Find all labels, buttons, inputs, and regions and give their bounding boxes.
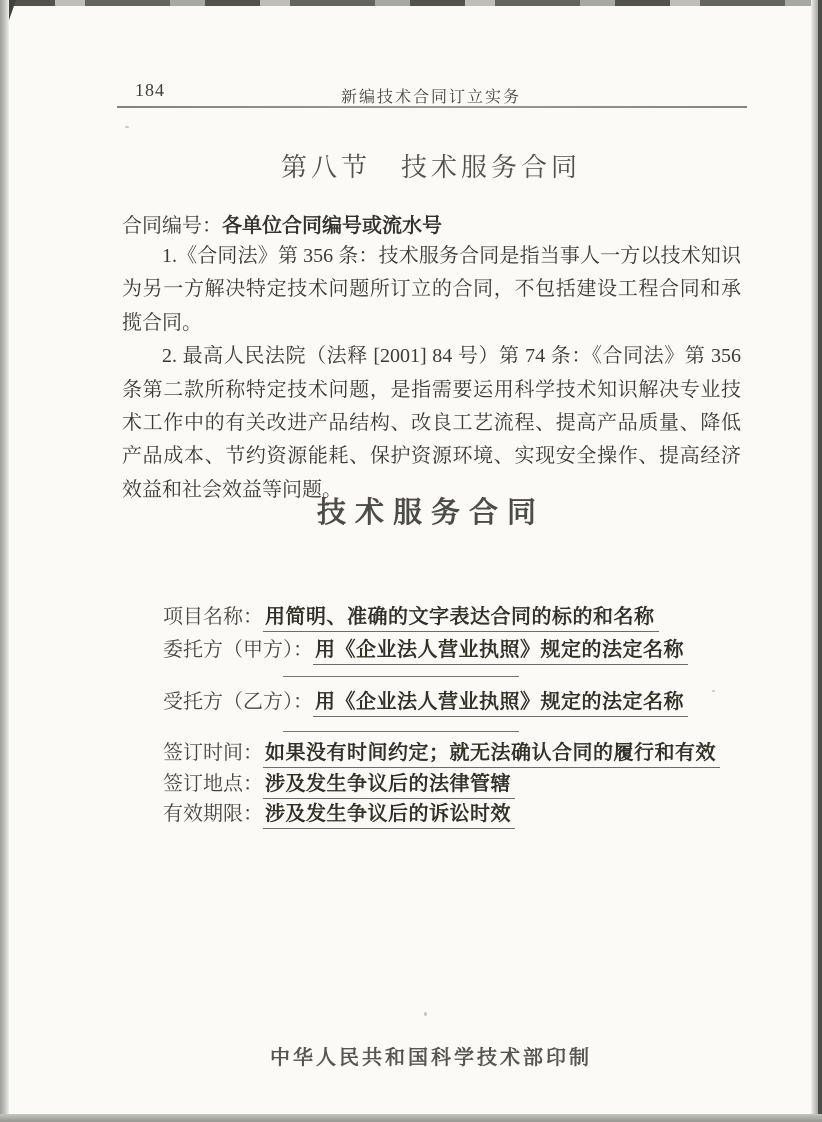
contract-number-value: 各单位合同编号或流水号: [222, 215, 442, 237]
form-row-validity-period: 有效期限：涉及发生争议后的诉讼时效: [163, 797, 515, 826]
scan-edge-right-light: [811, 0, 818, 1122]
scan-edge-top: [0, 0, 822, 6]
blank-continuation-line: [283, 676, 519, 677]
scan-edge-left: [0, 0, 9, 1122]
scan-edge-bottom: [0, 1114, 822, 1122]
field-label: 项目名称：: [163, 606, 263, 628]
field-label: 签订时间：: [163, 742, 263, 764]
commentary-paragraph-1: 1.《合同法》第 356 条：技术服务合同是指当事人一方以技术知识为另一方解决特…: [122, 240, 741, 340]
form-row-client-party-a: 委托方（甲方）：用《企业法人营业执照》规定的法定名称: [163, 633, 688, 662]
commentary-paragraph-2: 2. 最高人民法院（法释 [2001] 84 号）第 74 条：《合同法》第 3…: [122, 340, 741, 507]
field-value: 涉及发生争议后的法律管辖: [263, 773, 515, 799]
contract-number-line: 合同编号：各单位合同编号或流水号: [122, 209, 740, 238]
contract-number-label: 合同编号：: [122, 215, 222, 237]
field-value: 如果没有时间约定；就无法确认合同的履行和有效: [263, 742, 720, 768]
printer-footer: 中华人民共和国科学技术部印制: [122, 1041, 740, 1070]
blank-continuation-line: [283, 731, 519, 732]
field-value: 用《企业法人营业执照》规定的法定名称: [313, 639, 688, 665]
form-row-signing-date: 签订时间：如果没有时间约定；就无法确认合同的履行和有效: [163, 736, 720, 765]
field-label: 签订地点：: [163, 773, 263, 795]
form-row-signing-place: 签订地点：涉及发生争议后的法律管辖: [163, 767, 515, 796]
field-value: 用简明、准确的文字表达合同的标的和名称: [263, 606, 659, 632]
field-label: 有效期限：: [163, 803, 263, 825]
scan-speck: [125, 126, 129, 128]
field-value: 涉及发生争议后的诉讼时效: [263, 803, 515, 829]
scan-edge-right-dark: [818, 0, 822, 1122]
field-label: 委托方（甲方）：: [163, 639, 313, 661]
form-row-project-name: 项目名称：用简明、准确的文字表达合同的标的和名称: [163, 600, 659, 629]
form-row-trustee-party-b: 受托方（乙方）：用《企业法人营业执照》规定的法定名称: [163, 685, 688, 714]
scan-speck: [712, 690, 715, 692]
scan-speck: [424, 1012, 427, 1016]
header-rule: [117, 106, 747, 108]
commentary-paragraphs: 1.《合同法》第 356 条：技术服务合同是指当事人一方以技术知识为另一方解决特…: [122, 240, 741, 507]
running-header-title: 新编技术合同订立实务: [122, 84, 740, 107]
section-title: 第八节 技术服务合同: [122, 147, 740, 184]
field-value: 用《企业法人营业执照》规定的法定名称: [313, 691, 688, 717]
contract-title: 技术服务合同: [122, 490, 740, 531]
field-label: 受托方（乙方）：: [163, 691, 313, 713]
